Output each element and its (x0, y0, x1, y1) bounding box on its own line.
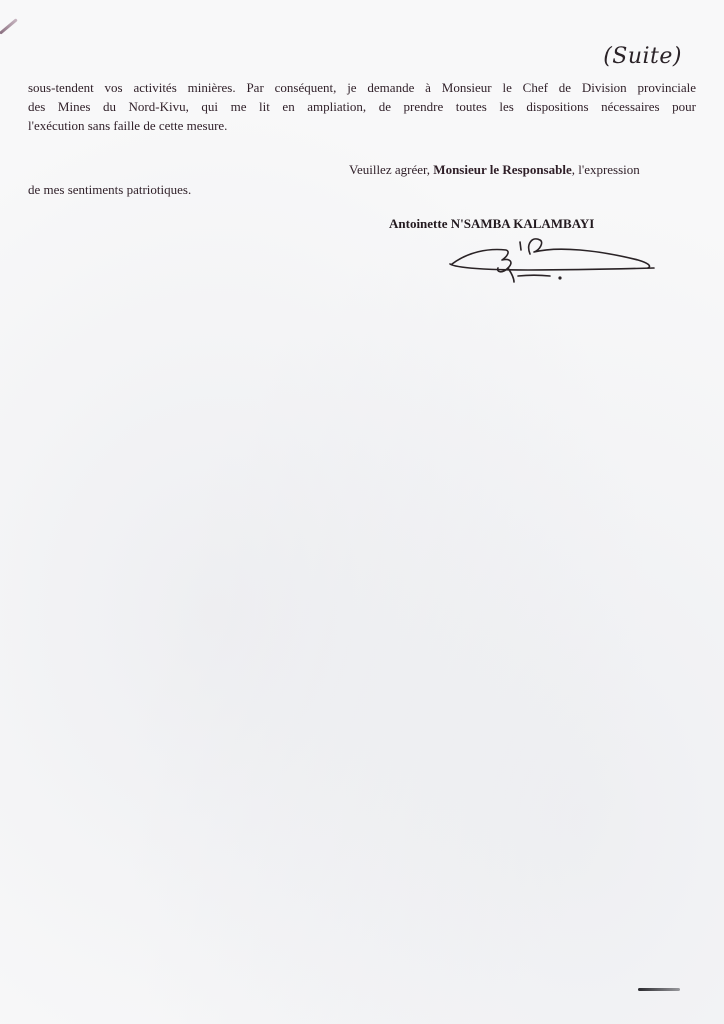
closing-addressee: Monsieur le Responsable (433, 162, 571, 177)
closing-continuation: de mes sentiments patriotiques. (28, 182, 191, 198)
paragraph-line: l'exécution sans faille de cette mesure. (28, 116, 696, 135)
bottom-edge-mark (638, 988, 680, 991)
signatory-name: Antoinette N'SAMBA KALAMBAYI (389, 216, 594, 232)
paragraph-line: des Mines du Nord-Kivu, qui me lit en am… (28, 97, 696, 116)
corner-pen-mark (0, 18, 18, 34)
continuation-header: (Suite) (603, 44, 682, 69)
closing-formula: Veuillez agréer, Monsieur le Responsable… (349, 162, 640, 178)
scanned-page: (Suite) sous-tendent vos activités miniè… (0, 0, 724, 1024)
body-paragraph: sous-tendent vos activités minières. Par… (28, 78, 696, 135)
closing-suffix: , l'expression (572, 162, 640, 177)
handwritten-signature-icon (448, 234, 658, 286)
paragraph-line: sous-tendent vos activités minières. Par… (28, 78, 696, 97)
closing-prefix: Veuillez agréer, (349, 162, 433, 177)
